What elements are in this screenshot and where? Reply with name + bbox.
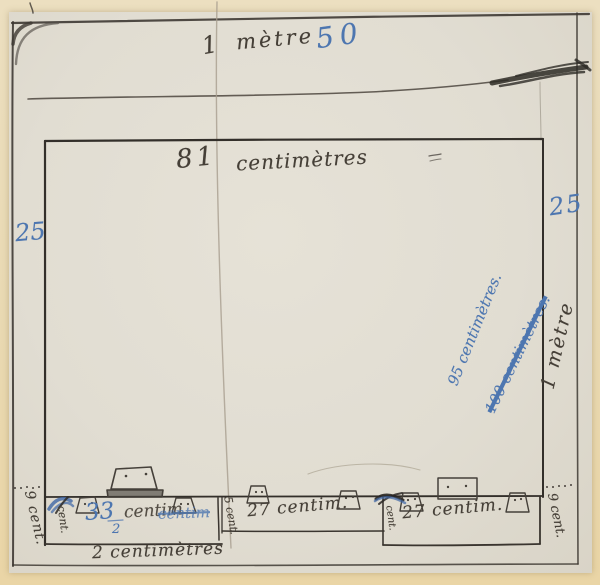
measure-line (28, 80, 508, 99)
misc-marks (308, 154, 441, 474)
sill-left-blue-number: 33 (84, 500, 115, 525)
frame-left (45, 141, 46, 545)
faint-arc (308, 464, 420, 474)
border-left (12, 22, 13, 566)
top-measure-line (28, 60, 590, 140)
left-margin-dimension: 25 (14, 219, 47, 246)
border-top (12, 14, 589, 23)
frame-top (45, 139, 543, 141)
inner-width-unit: centimètres (236, 147, 369, 174)
border-bottom (13, 564, 578, 566)
equals-mark (429, 154, 441, 156)
right-margin-dimension: 25 (547, 191, 585, 220)
corner-arc (16, 23, 58, 64)
sill-left-below-label: 2 centimètres (92, 541, 224, 563)
paper-border (12, 3, 589, 566)
scanned-drawing: 1 mètre 50 81 centimètres 25 25 1 mètre … (0, 0, 600, 585)
equals-mark (430, 159, 441, 161)
easel-shape (111, 467, 157, 489)
inner-width-number: 81 (175, 143, 219, 173)
comp-left-divider (218, 498, 219, 540)
fold-crease (216, 2, 231, 548)
top-width-blue-revision: 50 (314, 19, 365, 53)
top-tick (30, 3, 33, 13)
sill-left-blue-unit: centim (158, 505, 210, 522)
faint-vertical (540, 82, 541, 140)
sill-left-blue-denominator: 2 (112, 523, 120, 536)
comp-right-bottom (383, 544, 540, 545)
graphite-scribble (492, 60, 590, 86)
easel-base (107, 490, 163, 497)
